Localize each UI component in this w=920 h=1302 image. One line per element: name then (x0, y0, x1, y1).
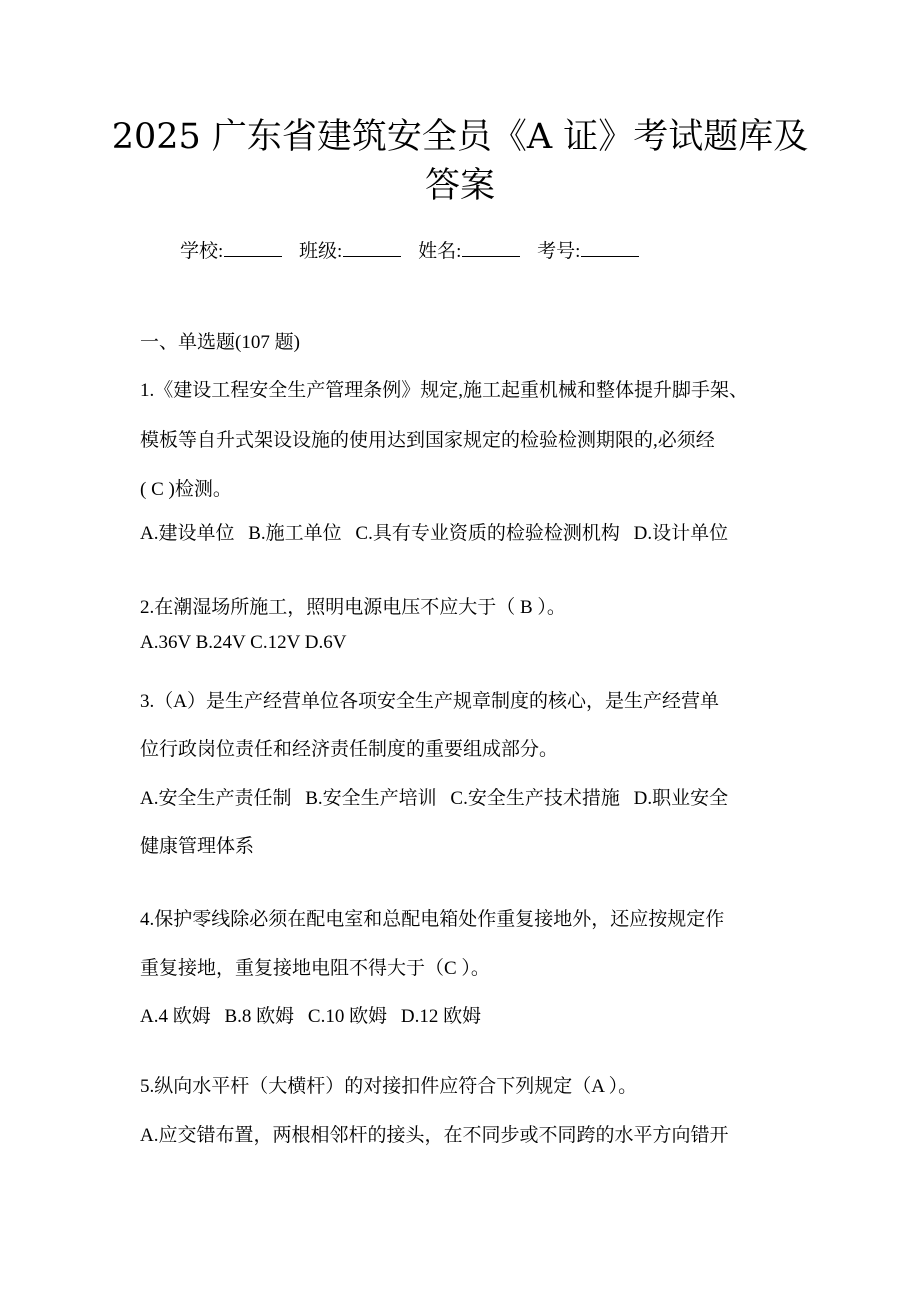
document-title-line1: 2025 广东省建筑安全员《A 证》考试题库及 (100, 113, 820, 161)
section-header: 一、单选题(107 题) (140, 329, 800, 357)
question-4-option-d: D.12 欧姆 (401, 1006, 481, 1027)
question-1-line-2: 模板等自升式架设设施的使用达到国家规定的检验检测期限的,必须经 (140, 427, 800, 455)
question-3-option-c: C.安全生产技术措施 (450, 788, 619, 809)
question-2-options: A.36V B.24V C.12V D.6V (140, 629, 800, 657)
question-3-line-1: 3.（A）是生产经营单位各项安全生产规章制度的核心，是生产经营单 (140, 688, 800, 716)
exam-number-field: 考号: (537, 238, 639, 266)
class-label: 班级: (299, 241, 342, 262)
question-1-line-3: ( C )检测。 (140, 476, 800, 504)
question-2-option-b: B.24V (196, 632, 246, 653)
student-info-row: 学校: 班级: 姓名: 考号: (180, 238, 760, 266)
question-2-option-c: C.12V (250, 632, 300, 653)
question-4-option-c: C.10 欧姆 (308, 1006, 387, 1027)
question-4-line-2: 重复接地，重复接地电阻不得大于（C ）。 (140, 955, 800, 983)
exam-number-blank (581, 238, 639, 257)
question-4-options: A.4 欧姆 B.8 欧姆 C.10 欧姆 D.12 欧姆 (140, 1003, 800, 1031)
class-field: 班级: (299, 238, 401, 266)
question-3-option-a: A.安全生产责任制 (140, 788, 291, 809)
question-1-options: A.建设单位 B.施工单位 C.具有专业资质的检验检测机构 D.设计单位 (140, 520, 800, 548)
question-3-options: A.安全生产责任制 B.安全生产培训 C.安全生产技术措施 D.职业安全 (140, 785, 800, 813)
name-label: 姓名: (418, 241, 461, 262)
name-blank (462, 238, 520, 257)
question-3-options-continuation: 健康管理体系 (140, 833, 800, 861)
question-5-line-1: 5.纵向水平杆（大横杆）的对接扣件应符合下列规定（A ）。 (140, 1073, 800, 1101)
question-3-option-b: B.安全生产培训 (305, 788, 436, 809)
question-2-option-d: D.6V (305, 632, 347, 653)
question-1-option-a: A.建设单位 (140, 523, 234, 544)
class-blank (343, 238, 401, 257)
question-4-option-b: B.8 欧姆 (224, 1006, 294, 1027)
document-page: 2025 广东省建筑安全员《A 证》考试题库及 答案 学校: 班级: 姓名: 考… (0, 0, 920, 1302)
question-3-line-2: 位行政岗位责任和经济责任制度的重要组成部分。 (140, 736, 800, 764)
school-blank (224, 238, 282, 257)
question-1-option-c: C.具有专业资质的检验检测机构 (355, 523, 619, 544)
question-1-option-d: D.设计单位 (634, 523, 728, 544)
document-title-line2: 答案 (100, 162, 820, 210)
question-1-option-b: B.施工单位 (248, 523, 341, 544)
exam-number-label: 考号: (537, 241, 580, 262)
school-label: 学校: (180, 241, 223, 262)
question-4-line-1: 4.保护零线除必须在配电室和总配电箱处作重复接地外，还应按规定作 (140, 906, 800, 934)
question-2-line-1: 2.在潮湿场所施工，照明电源电压不应大于（ B ）。 (140, 594, 800, 622)
question-5-option-a: A.应交错布置，两根相邻杆的接头，在不同步或不同跨的水平方向错开 (140, 1122, 800, 1150)
question-1-line-1: 1.《建设工程安全生产管理条例》规定,施工起重机械和整体提升脚手架、 (140, 377, 800, 405)
question-3-option-d: D.职业安全 (634, 788, 728, 809)
school-field: 学校: (180, 238, 282, 266)
question-4-option-a: A.4 欧姆 (140, 1006, 211, 1027)
question-2-option-a: A.36V (140, 632, 191, 653)
name-field: 姓名: (418, 238, 520, 266)
